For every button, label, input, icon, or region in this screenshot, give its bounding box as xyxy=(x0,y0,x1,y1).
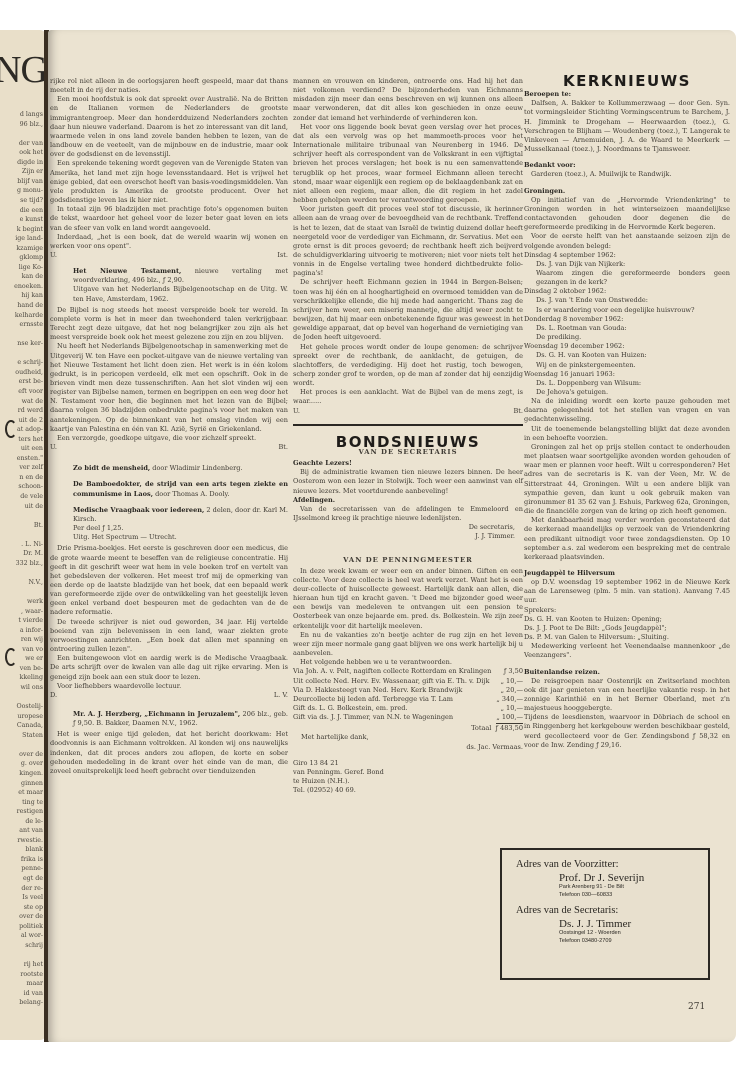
previous-page-fragment: a infor- xyxy=(20,626,43,636)
schedule-speaker: Ds. L. Roetman van Gouda: xyxy=(524,324,730,333)
previous-page-fragment: maar xyxy=(27,979,44,989)
paragraph: Het volgende hebben we u te verantwoorde… xyxy=(293,658,523,667)
schedule-date: Dinsdag 4 september 1962: xyxy=(524,251,730,260)
voorzitter-address: Park Arenberg 91 - De Bilt xyxy=(559,884,708,892)
beroepen-label: Beroepen te: xyxy=(524,90,730,99)
previous-page-fragment: t vierde xyxy=(18,616,43,626)
donations-ledger: Via Joh. A. v. Pelt, nagiften collecte R… xyxy=(293,667,523,722)
previous-page-fragment: eft voor xyxy=(18,387,43,397)
ledger-row: Uit collecte Ned. Herv. Ev. Wassenaar, g… xyxy=(293,677,523,686)
previous-page-fragment: Zijn er xyxy=(22,167,43,177)
paragraph: Na de inleiding wordt een korte pauze ge… xyxy=(524,397,730,424)
paragraph: Uit de toenemende belangstelling blijkt … xyxy=(524,425,730,443)
previous-page-fragment: schrij xyxy=(25,941,43,951)
previous-page-fragment: k begint xyxy=(17,225,43,235)
paragraph: Drie Prisma-boekjes. Het eerste is gesch… xyxy=(50,544,288,617)
column-eichmann-bondsnieuws: mannen en vrouwen en kinderen, ontroerde… xyxy=(293,77,523,795)
bondsnieuws-heading: BONDSNIEUWS xyxy=(293,438,523,447)
paragraph: rijke rol niet alleen in de oorlogsjaren… xyxy=(50,77,288,95)
previous-page-fragment: kzamige xyxy=(16,244,43,254)
schedule-speaker: Ds. G. H. van Kooten van Huizen: xyxy=(524,351,730,360)
sprekers-label: Sprekers: xyxy=(524,606,730,615)
review-signature: U.Ist. xyxy=(50,251,288,260)
column-reviews: rijke rol niet alleen in de oorlogsjaren… xyxy=(50,77,288,776)
schedule-item: Dinsdag 2 oktober 1962:Ds. J. van 't End… xyxy=(524,287,730,314)
previous-page-fragment: wil ons xyxy=(21,683,44,693)
previous-page-fragment: ant van xyxy=(19,826,43,836)
previous-page-fragment: politiek xyxy=(19,922,43,932)
ledger-row: Gift ds. L. G. Bolkestein, em. pred.„ 10… xyxy=(293,704,523,713)
previous-page-fragment: Bt. xyxy=(34,521,43,531)
previous-page-fragment: N.V., xyxy=(28,578,43,588)
paragraph: Bij de administratie kwamen tien nieuwe … xyxy=(293,468,523,495)
previous-page-fragment: de vele xyxy=(20,492,43,502)
review-signature: D.L. V. xyxy=(50,691,288,700)
lecture-schedule: Dinsdag 4 september 1962:Ds. J. van Dijk… xyxy=(524,251,730,398)
paragraph: Voor juristen geeft dit proces veel stof… xyxy=(293,205,523,278)
previous-page-fragment: rij het xyxy=(24,960,43,970)
previous-page-fragment: n en de xyxy=(19,473,43,483)
treasurer-signature: ds. Jac. Vermaas. xyxy=(293,743,523,752)
previous-page-fragment: Is veel xyxy=(22,893,43,903)
previous-page-fragment: at adop- xyxy=(17,425,43,435)
previous-page-fragment: hand de xyxy=(17,301,43,311)
schedule-date: Woensdag 19 december 1962: xyxy=(524,342,730,351)
previous-page-fragment: over de xyxy=(19,750,43,760)
kerknieuws-heading: KERKNIEUWS xyxy=(524,77,730,86)
previous-page-fragment: blank xyxy=(25,845,43,855)
previous-page-fragment: ver zelf xyxy=(19,463,43,473)
previous-page-fragment: nse ker- xyxy=(17,339,43,349)
section-divider xyxy=(293,424,523,426)
previous-page-fragment: g monu- xyxy=(17,186,43,196)
review-signature: U.Bt. xyxy=(293,407,523,416)
paragraph: De Bijbel is nog steeds het meest verspr… xyxy=(50,306,288,343)
ledger-row: Gift via ds. J. J. Timmer, van N.N. te W… xyxy=(293,713,523,722)
book-entry-eichmann: Mr. A. J. Herzberg, „Eichmann in Jeruzal… xyxy=(50,710,288,728)
previous-page-fragment: belang- xyxy=(19,998,43,1008)
paragraph: In totaal zijn 96 bladzijden met prachti… xyxy=(50,205,288,232)
voorzitter-label: Adres van de Voorzitter: xyxy=(516,859,708,870)
previous-page-fragment: wat de xyxy=(22,397,43,407)
paragraph: Voor liefhebbers waardevolle lectuur. xyxy=(50,682,288,691)
ledger-row: Via D. Hakkesteegt van Ned. Herv. Kerk B… xyxy=(293,686,523,695)
buitenlandse-reizen-label: Buitenlandse reizen. xyxy=(524,668,730,677)
ledger-amount: „ 20,— xyxy=(495,686,523,695)
column-kerknieuws: KERKNIEUWS Beroepen te: Dalfsen, A. Bakk… xyxy=(524,77,730,750)
paragraph: In deze week kwam er weer een en ander b… xyxy=(293,567,523,631)
previous-page-fragment: penne- xyxy=(21,864,43,874)
schedule-topic: De Jehova's getuigen. xyxy=(524,388,730,397)
previous-page-fragment: Dr. M. xyxy=(23,549,43,559)
paragraph: Inderdaad, „het is een boek, dat de were… xyxy=(50,233,288,251)
schedule-item: Woensdag 19 december 1962:Ds. G. H. van … xyxy=(524,342,730,369)
previous-page-fragment: , waar- xyxy=(21,607,43,617)
previous-page-fragment: rwestie. xyxy=(17,836,43,846)
previous-page-fragment: digde in xyxy=(17,158,43,168)
schedule-topic: De prediking. xyxy=(524,333,730,342)
previous-page-fragment: kingen. xyxy=(19,769,43,779)
previous-page-fragment: kan de xyxy=(22,272,43,282)
previous-page-fragment: . L. Ni- xyxy=(21,540,43,550)
review-signature: U.Bt. xyxy=(50,443,288,452)
previous-page-heading-fragment: NG xyxy=(0,48,46,92)
schedule-date: Donderdag 8 november 1962: xyxy=(524,315,730,324)
paragraph: Een verzorgde, goedkope uitgave, die voo… xyxy=(50,434,288,443)
ledger-amount: „ 10,— xyxy=(495,704,523,713)
schedule-item: Woensdag 16 januari 1963:Ds. L. Doppenbe… xyxy=(524,370,730,397)
paragraph: Medewerking verleent het Veenendaalse ma… xyxy=(524,642,730,660)
paragraph: Op initiatief van de „Hervormde Vrienden… xyxy=(524,196,730,233)
secretaris-address: Oostsingel 12 - Woerden xyxy=(559,930,708,938)
previous-page-fragment: ren wij xyxy=(21,635,43,645)
previous-page-fragment: de le- xyxy=(25,817,43,827)
previous-page-fragment: uropese xyxy=(17,712,43,722)
secretaris-label: Adres van de Secretaris: xyxy=(516,905,708,916)
schedule-item: Donderdag 8 november 1962:Ds. L. Roetman… xyxy=(524,315,730,342)
secretaris-name: Ds. J. J. Timmer xyxy=(559,918,708,930)
previous-page-fragment: ste op xyxy=(24,903,43,913)
previous-page-fragment: ige land- xyxy=(15,234,43,244)
previous-page-fragment: egt de xyxy=(23,874,43,884)
previous-page-fragment: ernsste xyxy=(19,320,43,330)
speaker-line: Ds. G. H. van Kooten te Huizen: Opening; xyxy=(524,615,730,624)
previous-page-fragment: Canada, xyxy=(17,721,43,731)
thanks-line: Met hartelijke dank, xyxy=(293,733,523,742)
previous-page-fragment: enoeken. xyxy=(14,282,43,292)
paragraph: Nu heeft het Nederlands Bijbelgenootscha… xyxy=(50,342,288,434)
previous-page-fragment: erst be- xyxy=(19,377,43,387)
previous-page-fragment: ting te xyxy=(22,798,43,808)
bedankt-label: Bedankt voor: xyxy=(524,161,730,170)
previous-page-fragment: rootste xyxy=(20,970,43,980)
secretaris-signature: De secretaris, J. J. Timmer. xyxy=(293,523,523,541)
ledger-description: Via Joh. A. v. Pelt, nagiften collecte R… xyxy=(293,667,491,676)
paragraph: op D.V. woensdag 19 september 1962 in de… xyxy=(524,578,730,605)
ledger-description: Gift ds. L. G. Bolkestein, em. pred. xyxy=(293,704,408,713)
groningen-label: Groningen. xyxy=(524,187,730,196)
page-number: 271 xyxy=(688,1002,705,1012)
previous-page-fragment: van vo xyxy=(22,645,43,655)
previous-page-fragment: uit de xyxy=(25,502,43,512)
previous-page-fragment: al wor- xyxy=(21,931,43,941)
previous-page-fragment: Staten xyxy=(22,731,43,741)
previous-page-fragment: e kunst xyxy=(20,215,43,225)
previous-page-fragment: kkeling xyxy=(20,673,43,683)
ledger-description: Via D. Hakkesteegt van Ned. Herv. Kerk B… xyxy=(293,686,462,695)
previous-page-fragment: kelharde xyxy=(15,311,43,321)
ledger-amount: ƒ 3,50 xyxy=(498,667,523,676)
punch-hole-icon xyxy=(5,420,17,438)
ledger-amount: „ 10,— xyxy=(495,677,523,686)
ledger-row: Deurcollecte bij leden afd. Terbregge vi… xyxy=(293,695,523,704)
previous-page-fragment: blijf van xyxy=(17,177,43,187)
paragraph: Het is weer enige tijd geleden, dat het … xyxy=(50,730,288,776)
previous-page-fragment: 332 blz., xyxy=(16,559,43,569)
paragraph: Een sprekende tekening wordt gegeven van… xyxy=(50,159,288,205)
paragraph: De reisgroepen naar Oostenrijk en Zwitse… xyxy=(524,677,730,714)
previous-page-fragment: ook het xyxy=(19,148,43,158)
ledger-description: Uit collecte Ned. Herv. Ev. Wassenaar, g… xyxy=(293,677,489,686)
previous-page-fragment: die een xyxy=(20,206,43,216)
secretaris-subheading: VAN DE SECRETARIS xyxy=(293,448,523,457)
previous-page-fragment: frika is xyxy=(21,855,43,865)
previous-page-fragment: d langs xyxy=(20,110,43,120)
schedule-date: Dinsdag 2 oktober 1962: xyxy=(524,287,730,296)
previous-page-fragment: over de xyxy=(19,912,43,922)
ledger-amount: „ 340,— xyxy=(490,695,523,704)
previous-page-edge: NG d langs96 blz.,der vanook hetdigde in… xyxy=(0,30,46,1040)
paragraph: En nu de vakanties zo'n beetje achter de… xyxy=(293,631,523,658)
paragraph: Een buitengewoon vlot en aardig werk is … xyxy=(50,654,288,681)
previous-page-fragment: ginnen xyxy=(21,779,43,789)
ledger-total: Totaal ƒ 483,50 xyxy=(293,724,523,733)
speakers-list: Ds. G. H. van Kooten te Huizen: Opening;… xyxy=(524,615,730,642)
voorzitter-phone: Telefoon 030—60833 xyxy=(559,892,708,900)
paragraph: Dalfsen, A. Bakker te Kollummerzwaag — d… xyxy=(524,99,730,154)
speaker-line: Ds. P. M. van Galen te Hilversum: „Sluit… xyxy=(524,633,730,642)
previous-page-fragment: id van xyxy=(24,989,43,999)
ledger-row: Via Joh. A. v. Pelt, nagiften collecte R… xyxy=(293,667,523,676)
schedule-speaker: Ds. J. van Dijk van Nijkerk: xyxy=(524,260,730,269)
previous-page-fragment: ensten." xyxy=(17,454,43,464)
previous-page-fragment: oudheid, xyxy=(15,368,43,378)
previous-page-fragment: schoon- xyxy=(18,482,43,492)
previous-page-fragment: der re- xyxy=(21,884,43,894)
punch-hole-icon xyxy=(5,648,17,666)
previous-page-fragment: se tijd? xyxy=(20,196,43,206)
schedule-speaker: Ds. J. van 't Ende van Onstwedde: xyxy=(524,296,730,305)
paragraph: Het proces is een aanklacht. Wat de Bijb… xyxy=(293,388,523,406)
schedule-item: Dinsdag 4 september 1962:Ds. J. van Dijk… xyxy=(524,251,730,288)
paragraph: Het voor ons liggende boek bevat geen ve… xyxy=(293,123,523,205)
book-entry-zo-bidt: Zo bidt de mensheid, door Wladimir Linde… xyxy=(50,464,288,473)
paragraph: De tweede schrijver is niet oud geworden… xyxy=(50,618,288,655)
ledger-description: Gift via ds. J. J. Timmer, van N.N. te W… xyxy=(293,713,453,722)
voorzitter-name: Prof. Dr J. Severijn xyxy=(559,872,708,884)
paragraph: mannen en vrouwen en kinderen, ontroerde… xyxy=(293,77,523,123)
previous-page-fragment: g. over xyxy=(21,759,43,769)
paragraph: Het gehele proces wordt onder de loupe g… xyxy=(293,343,523,389)
previous-page-fragment: Oostelij- xyxy=(16,702,43,712)
previous-page-fragment: rd werd xyxy=(18,406,43,416)
address-box: Adres van de Voorzitter: Prof. Dr J. Sev… xyxy=(500,848,710,980)
paragraph: Tijdens de leesdiensten, waarvoor in Döb… xyxy=(524,713,730,750)
paragraph: Met dankbaarheid mag verder worden gecon… xyxy=(524,516,730,562)
paragraph: De schrijver heeft Eichmann gezien in 19… xyxy=(293,278,523,342)
penningmeester-subheading: VAN DE PENNINGMEESTER xyxy=(293,556,523,565)
paragraph: Groningen zal het op prijs stellen conta… xyxy=(524,443,730,516)
paragraph: Garderen (toez.), A. Muilwijk te Randwij… xyxy=(524,170,730,179)
book-entry-nieuwe-testament: Het Nieuwe Testament, nieuwe vertaling m… xyxy=(50,267,288,304)
paragraph: Een mooi hoofdstuk is ook dat spreekt ov… xyxy=(50,95,288,159)
previous-page-fragment: ven be- xyxy=(20,664,43,674)
previous-page-fragment: lige Ko- xyxy=(19,263,43,273)
previous-page-fragment: ters het xyxy=(18,435,43,445)
previous-page-fragment: et maar xyxy=(18,788,43,798)
greeting: Geachte Lezers! xyxy=(293,459,523,468)
schedule-date: Woensdag 16 januari 1963: xyxy=(524,370,730,379)
schedule-topic: Is er waardering voor een degelijke huis… xyxy=(524,306,730,315)
schedule-speaker: Ds. L. Doppenberg van Wilsum: xyxy=(524,379,730,388)
schedule-topic: Wij en de pinkstergemeenten. xyxy=(524,361,730,370)
previous-page-fragment: der van xyxy=(19,139,43,149)
previous-page-fragment: we er xyxy=(25,654,43,664)
magazine-page: rijke rol niet alleen in de oorlogsjaren… xyxy=(48,30,736,1042)
ledger-amount: „ 100,— xyxy=(490,713,523,722)
previous-page-fragment: hij kan xyxy=(21,291,43,301)
previous-page-fragment: gklomp xyxy=(19,253,43,263)
secretaris-phone: Telefoon 03480-2709 xyxy=(559,938,708,946)
paragraph: Van de secretarissen van de afdelingen t… xyxy=(293,505,523,523)
jeugdappel-label: Jeugdappèl te Hilversum xyxy=(524,569,730,578)
giro-block: Giro 13 84 21 van Penningm. Geref. Bond … xyxy=(293,759,523,796)
previous-page-fragment: werk xyxy=(27,597,43,607)
previous-page-fragment: uit een xyxy=(21,444,43,454)
ledger-description: Deurcollecte bij leden afd. Terbregge vi… xyxy=(293,695,453,704)
speaker-line: Ds. J. J. Poot te De Bilt: „Gods Jeugdap… xyxy=(524,624,730,633)
schedule-topic: Waarom zingen die gereformeerde bonders … xyxy=(524,269,730,287)
paragraph: Voor de eerste helft van het aanstaande … xyxy=(524,232,730,250)
previous-page-fragment: e schrij- xyxy=(17,358,43,368)
previous-page-fragment: restigen xyxy=(17,807,43,817)
afdelingen-label: Afdelingen. xyxy=(293,496,523,505)
book-entry-bamboedokter: De Bamboedokter, de strijd van een arts … xyxy=(50,480,288,498)
book-entry-medische-vraagbaak: Medische Vraagbaak voor iedereen, 2 dele… xyxy=(50,506,288,543)
previous-page-fragment: 96 blz., xyxy=(20,120,43,130)
previous-page-fragment: uit de 2 xyxy=(19,416,43,426)
